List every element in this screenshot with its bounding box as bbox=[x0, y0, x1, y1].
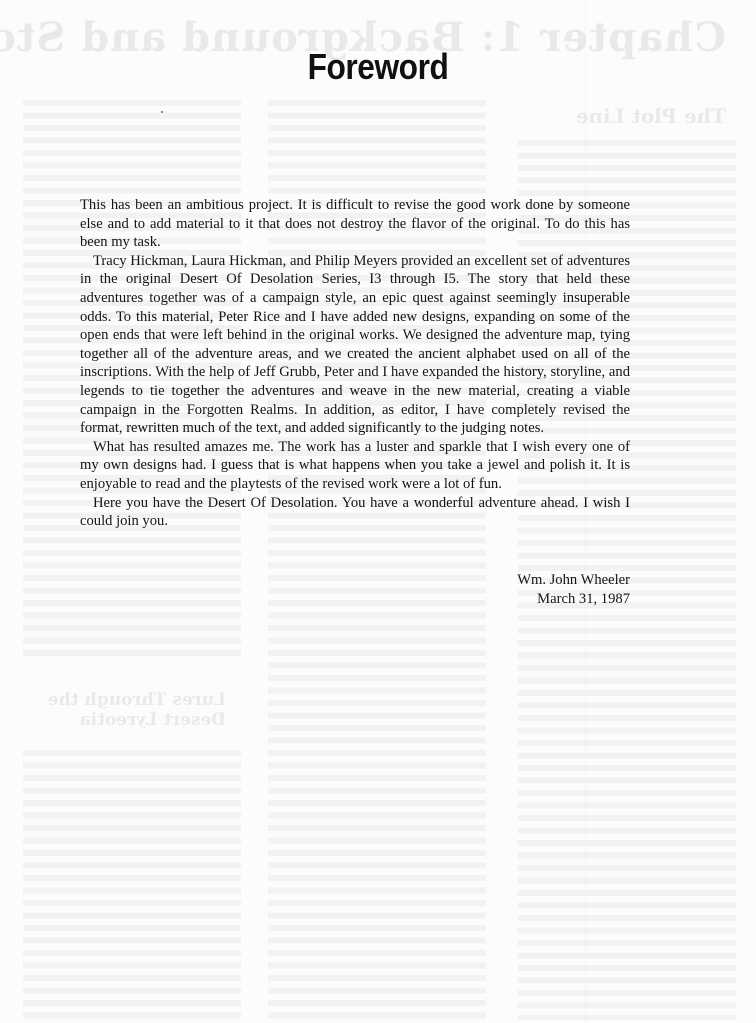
show-through-heading: The Plot Line bbox=[576, 104, 726, 128]
signature-date: March 31, 1987 bbox=[517, 590, 630, 609]
paragraph: This has been an ambitious project. It i… bbox=[80, 196, 630, 252]
paragraph: Tracy Hickman, Laura Hickman, and Philip… bbox=[80, 252, 630, 438]
paragraph: Here you have the Desert Of Desolation. … bbox=[80, 494, 630, 531]
foreword-body: This has been an ambitious project. It i… bbox=[80, 196, 630, 531]
show-through-heading: Lures Through the Desert Lyreotia bbox=[6, 690, 226, 730]
signature-block: Wm. John Wheeler March 31, 1987 bbox=[517, 571, 630, 608]
show-through-column bbox=[23, 750, 241, 1020]
page-title: Foreword bbox=[45, 46, 710, 88]
paragraph: What has resulted amazes me. The work ha… bbox=[80, 438, 630, 494]
speck bbox=[161, 111, 163, 113]
author-name: Wm. John Wheeler bbox=[517, 571, 630, 590]
